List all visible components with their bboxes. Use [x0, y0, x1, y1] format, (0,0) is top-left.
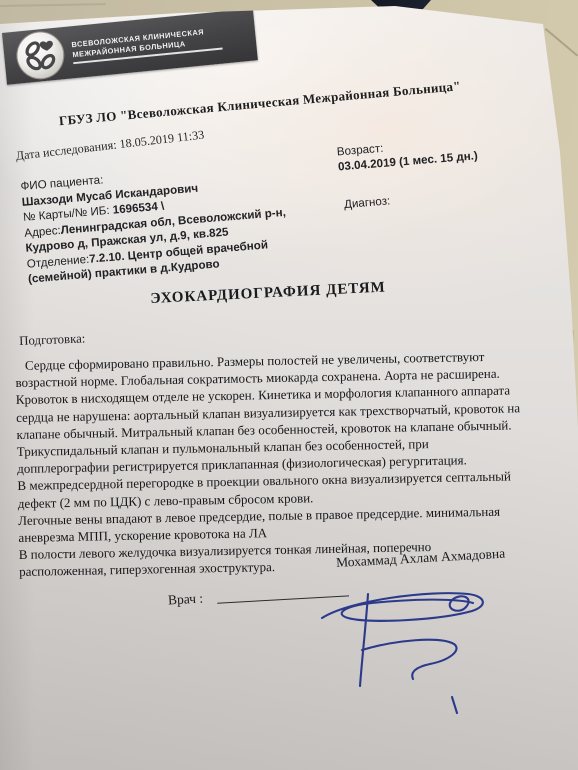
hospital-title: ГБУЗ ЛО "Всеволожская Клиническая Межрай…	[50, 77, 470, 130]
report-paper-sheet: ВСЕВОЛОЖСКАЯ КЛИНИЧЕСКАЯ МЕЖРАЙОННАЯ БОЛ…	[0, 0, 578, 770]
heart-icon	[39, 40, 53, 51]
photo-of-medical-report: ВСЕВОЛОЖСКАЯ КЛИНИЧЕСКАЯ МЕЖРАЙОННАЯ БОЛ…	[0, 0, 578, 770]
report-title: ЭХОКАРДИОГРАФИЯ ДЕТЯМ	[150, 279, 386, 307]
doctor-label: Врач :	[168, 591, 204, 609]
clover-heart-logo-icon	[19, 34, 63, 78]
hospital-name-banner-text: ВСЕВОЛОЖСКАЯ КЛИНИЧЕСКАЯ МЕЖРАЙОННАЯ БОЛ…	[71, 26, 223, 65]
hospital-logo-icon	[15, 30, 65, 80]
wall-seam-top-left	[0, 3, 106, 6]
wall-seam-top-right	[545, 28, 578, 57]
patient-field-label: Адрес:	[24, 223, 61, 239]
hospital-letterhead-banner: ВСЕВОЛОЖСКАЯ КЛИНИЧЕСКАЯ МЕЖРАЙОННАЯ БОЛ…	[2, 8, 258, 84]
study-date: Дата исследования: 18.05.2019 11:33	[15, 128, 205, 164]
report-findings-text: Сердце сформировано правильно. Размеры п…	[15, 348, 499, 581]
patient-info-block: ФИО пациента: Шахзоди Мусаб Искандарович…	[20, 137, 547, 287]
preparation-label: Подготовка:	[19, 331, 86, 349]
handwritten-signature	[310, 584, 510, 724]
